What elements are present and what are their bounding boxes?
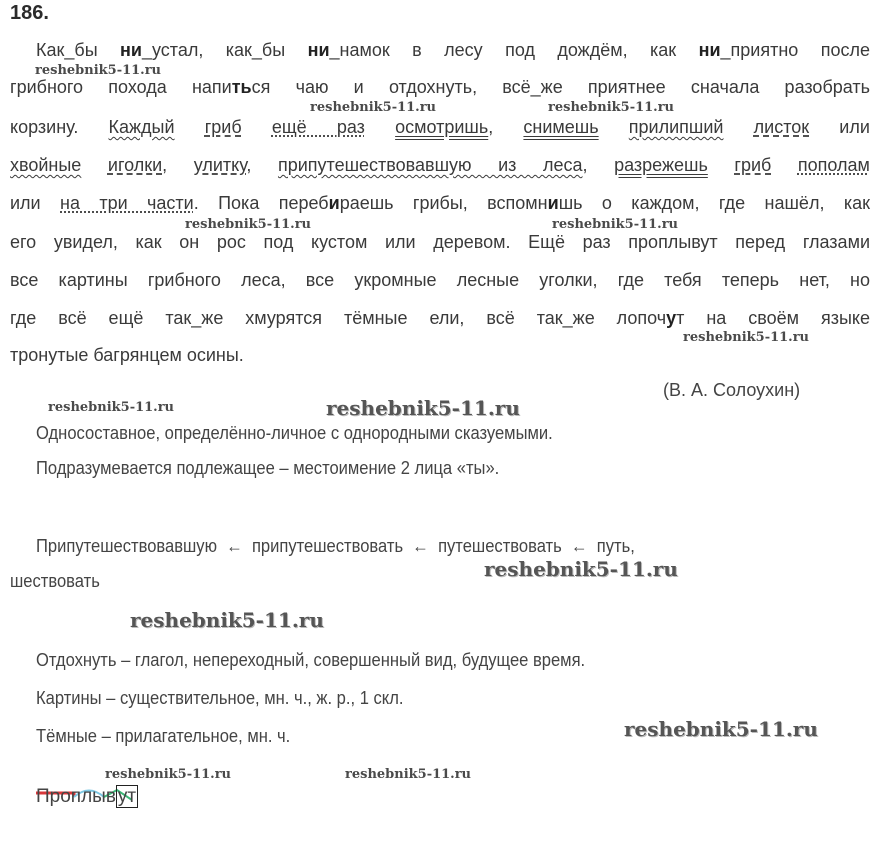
underlined-sentence-member: осмотришь <box>395 117 488 137</box>
author: (В. А. Солоухин) <box>663 380 800 401</box>
underlined-sentence-member: снимешь <box>523 117 598 137</box>
emphasized-letters: ни <box>699 40 721 60</box>
underlined-sentence-member: листок <box>754 117 810 137</box>
underlined-sentence-member: гриб <box>205 117 242 137</box>
watermark: reshebnik5-11.ru <box>326 396 520 420</box>
underlined-sentence-member: прилипший <box>629 117 724 137</box>
underlined-sentence-member: гриб <box>734 155 771 175</box>
emphasized-letters: и <box>329 193 340 213</box>
word-ending-box: ут <box>116 785 138 808</box>
text-line: его увидел, как он рос под кустом или де… <box>10 232 870 253</box>
watermark: reshebnik5-11.ru <box>624 717 818 741</box>
text-line: где всё ещё так_же хмурятся тёмные ели, … <box>10 308 870 329</box>
watermark: reshebnik5-11.ru <box>683 330 809 345</box>
watermark: reshebnik5-11.ru <box>484 557 678 581</box>
watermark: reshebnik5-11.ru <box>130 608 324 632</box>
text-line: хвойные иголки, улитку, припутешествовав… <box>10 155 870 176</box>
underlined-sentence-member: Каждый <box>109 117 175 137</box>
watermark: reshebnik5-11.ru <box>552 217 678 232</box>
answer-subject-note: Подразумевается подлежащее – местоимение… <box>36 458 499 479</box>
morph-parse-otdokhnut: Отдохнуть – глагол, непереходный, соверш… <box>36 650 585 671</box>
underlined-sentence-member: припутешествовавшую из леса <box>278 155 583 175</box>
text-line: Как_бы ни_устал, как_бы ни_намок в лесу … <box>36 40 870 61</box>
text-line: или на три части. Пока перебираешь грибы… <box>10 193 870 214</box>
emphasized-letters: и <box>548 193 559 213</box>
answer-derivation-cont: шествовать <box>10 571 100 592</box>
emphasized-letters: у <box>666 308 676 328</box>
underlined-sentence-member: улитку <box>194 155 247 175</box>
watermark: reshebnik5-11.ru <box>310 100 436 115</box>
text-line: все картины грибного леса, все укромные … <box>10 270 870 291</box>
morph-parse-temnye: Тёмные – прилагательное, мн. ч. <box>36 726 290 747</box>
emphasized-letters: ни <box>120 40 142 60</box>
word-composition-parse: Проплывут <box>36 786 138 808</box>
underlined-sentence-member: на три части <box>60 193 194 213</box>
underlined-sentence-member: хвойные <box>10 155 81 175</box>
morph-parse-kartiny: Картины – существительное, мн. ч., ж. р.… <box>36 688 403 709</box>
text-line: грибного похода напиться чаю и отдохнуть… <box>10 77 870 98</box>
emphasized-letters: ни <box>308 40 330 60</box>
answer-derivation: Припутешествовавшую ← припутешествовать … <box>36 536 869 557</box>
underlined-sentence-member: иголки <box>108 155 162 175</box>
watermark: reshebnik5-11.ru <box>345 767 471 782</box>
watermark: reshebnik5-11.ru <box>48 400 174 415</box>
underlined-sentence-member: ещё раз <box>272 117 365 137</box>
underlined-sentence-member: пополам <box>798 155 870 175</box>
word-stem: Проплыв <box>36 786 116 807</box>
answer-sentence-type: Односоставное, определённо-личное с одно… <box>36 423 553 444</box>
underlined-sentence-member: разрежешь <box>614 155 708 175</box>
emphasized-letters: ть <box>232 77 252 97</box>
watermark: reshebnik5-11.ru <box>105 767 231 782</box>
exercise-number: 186. <box>10 2 49 25</box>
watermark: reshebnik5-11.ru <box>185 217 311 232</box>
watermark: reshebnik5-11.ru <box>548 100 674 115</box>
watermark: reshebnik5-11.ru <box>35 63 161 78</box>
text-line: тронутые багрянцем осины. <box>10 345 870 366</box>
text-line: корзину. Каждый гриб ещё раз осмотришь, … <box>10 117 870 138</box>
